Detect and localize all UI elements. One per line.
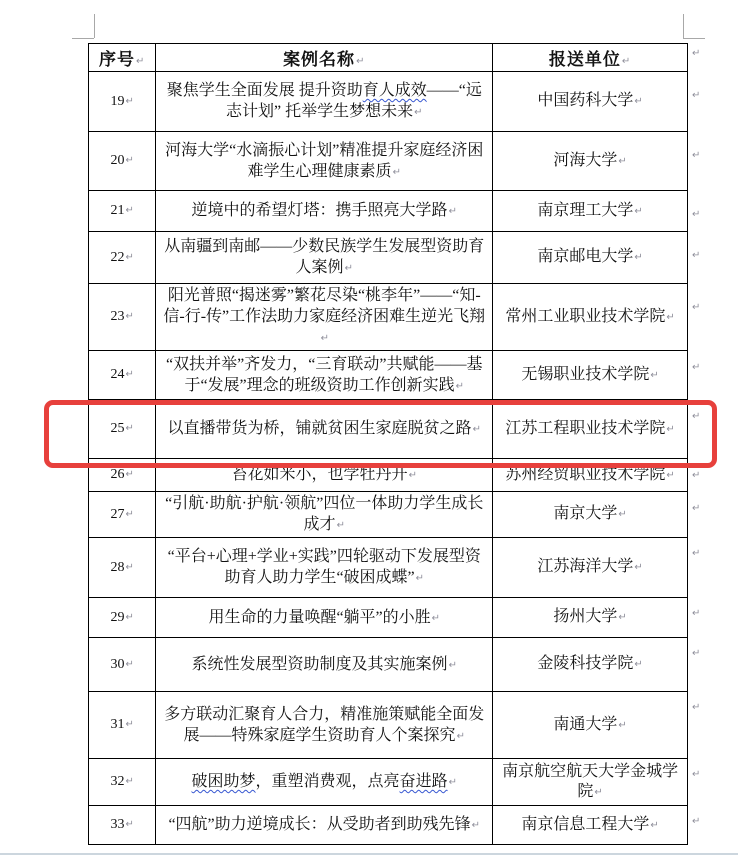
page-bottom-edge bbox=[0, 853, 738, 855]
paragraph-mark-icon: ↵ bbox=[456, 381, 464, 392]
paragraph-mark-icon: ↵ bbox=[618, 156, 626, 167]
end-of-row-mark-icon: ↵ bbox=[692, 150, 700, 161]
paragraph-mark-icon: ↵ bbox=[125, 423, 133, 434]
paragraph-mark-icon: ↵ bbox=[449, 660, 457, 671]
end-of-row-mark-icon: ↵ bbox=[692, 548, 700, 559]
case-name-cell: “引航·助航·护航·领航”四位一体助力学生成长成才↵ bbox=[156, 492, 493, 538]
unit-name: 南京邮电大学 bbox=[537, 248, 633, 265]
paragraph-mark-icon: ↵ bbox=[125, 369, 133, 380]
paragraph-mark-icon: ↵ bbox=[337, 520, 345, 531]
unit-name: 南通大学 bbox=[553, 716, 617, 733]
unit-cell: 南通大学↵ bbox=[493, 692, 688, 759]
paragraph-mark-icon: ↵ bbox=[125, 205, 133, 216]
case-name-segment: “四航”助力逆境成长：从受助者到助残先锋 bbox=[168, 816, 470, 833]
case-name-segment: 系统性发展型资助制度及其实施案例 bbox=[192, 656, 448, 673]
paragraph-mark-icon: ↵ bbox=[666, 470, 674, 481]
paragraph-mark-icon: ↵ bbox=[125, 469, 133, 480]
unit-name: 无锡职业技术学院 bbox=[521, 366, 649, 383]
table-row: 23↵阳光普照“揭迷雾”繁花尽染“桃李年”——“知-信-行-传”工作法助力家庭经… bbox=[89, 284, 688, 351]
paragraph-mark-icon: ↵ bbox=[125, 776, 133, 787]
unit-name: 河海大学 bbox=[553, 152, 617, 169]
case-name-cell: “平台+心理+学业+实践”四轮驱动下发展型资助育人助力学生“破困成蝶”↵ bbox=[156, 538, 493, 598]
unit-name: 苏州经贸职业技术学院 bbox=[505, 466, 665, 483]
seq-number: 25 bbox=[110, 421, 124, 436]
table-row: 25↵以直播带货为桥，铺就贫困生家庭脱贫之路↵江苏工程职业技术学院↵ bbox=[89, 400, 688, 459]
unit-cell: 江苏工程职业技术学院↵ bbox=[493, 400, 688, 459]
end-of-row-mark-icon: ↵ bbox=[692, 503, 700, 514]
seq-number-cell: 24↵ bbox=[89, 351, 156, 400]
end-of-row-mark-icon: ↵ bbox=[692, 648, 700, 659]
unit-name: 江苏海洋大学 bbox=[537, 558, 633, 575]
table-row: 30↵系统性发展型资助制度及其实施案例↵金陵科技学院↵ bbox=[89, 638, 688, 692]
unit-cell: 苏州经贸职业技术学院↵ bbox=[493, 459, 688, 492]
paragraph-mark-icon: ↵ bbox=[634, 96, 642, 107]
seq-number: 21 bbox=[110, 203, 124, 218]
case-name-segment-spellcheck: 育人成效 bbox=[363, 82, 427, 99]
paragraph-mark-icon: ↵ bbox=[125, 562, 133, 573]
end-of-row-mark-icon: ↵ bbox=[692, 250, 700, 261]
column-header-0: 序号↵ bbox=[89, 44, 156, 72]
paragraph-mark-icon: ↵ bbox=[618, 720, 626, 731]
header-row: 序号↵案例名称↵报送单位↵ bbox=[89, 44, 688, 72]
case-name-segment: 河海大学“水滴振心计划”精准提升家庭经济困难学生心理健康素质 bbox=[165, 142, 483, 180]
unit-name: 金陵科技学院 bbox=[537, 655, 633, 672]
seq-number: 32 bbox=[110, 774, 124, 789]
case-name-cell: 以直播带货为桥，铺就贫困生家庭脱贫之路↵ bbox=[156, 400, 493, 459]
table-header: 序号↵案例名称↵报送单位↵ bbox=[89, 44, 688, 72]
table-row: 32↵破困助梦，重塑消费观，点亮奋进路↵南京航空航天大学金城学院↵ bbox=[89, 759, 688, 806]
seq-number: 28 bbox=[110, 560, 124, 575]
paragraph-mark-icon: ↵ bbox=[449, 206, 457, 217]
paragraph-mark-icon: ↵ bbox=[473, 424, 481, 435]
table-row: 33↵“四航”助力逆境成长：从受助者到助残先锋↵南京信息工程大学↵ bbox=[89, 806, 688, 845]
seq-number-cell: 25↵ bbox=[89, 400, 156, 459]
seq-number: 24 bbox=[110, 367, 124, 382]
paragraph-mark-icon: ↵ bbox=[618, 509, 626, 520]
case-name-cell: 系统性发展型资助制度及其实施案例↵ bbox=[156, 638, 493, 692]
paragraph-mark-icon: ↵ bbox=[666, 424, 674, 435]
end-of-row-mark-icon: ↵ bbox=[692, 470, 700, 481]
case-name-cell: 逆境中的希望灯塔：携手照亮大学路↵ bbox=[156, 191, 493, 232]
paragraph-mark-icon: ↵ bbox=[432, 613, 440, 624]
column-header-1: 案例名称↵ bbox=[156, 44, 493, 72]
table-row: 20↵河海大学“水滴振心计划”精准提升家庭经济困难学生心理健康素质↵河海大学↵ bbox=[89, 132, 688, 191]
case-name-cell: 用生命的力量唤醒“躺平”的小胜↵ bbox=[156, 598, 493, 638]
seq-number-cell: 26↵ bbox=[89, 459, 156, 492]
end-of-row-mark-icon: ↵ bbox=[692, 362, 700, 373]
case-name-segment: “平台+心理+学业+实践”四轮驱动下发展型资助育人助力学生“破困成蝶” bbox=[168, 548, 481, 586]
table-row: 29↵用生命的力量唤醒“躺平”的小胜↵扬州大学↵ bbox=[89, 598, 688, 638]
end-of-row-mark-icon: ↵ bbox=[692, 411, 700, 422]
end-of-row-mark-icon: ↵ bbox=[692, 209, 700, 220]
paragraph-mark-icon: ↵ bbox=[666, 312, 674, 323]
end-of-row-mark-icon: ↵ bbox=[692, 608, 700, 619]
paragraph-mark-icon: ↵ bbox=[634, 252, 642, 263]
seq-number: 19 bbox=[110, 94, 124, 109]
paragraph-mark-icon: ↵ bbox=[457, 731, 465, 742]
case-name-segment: ，重塑消费观，点亮 bbox=[256, 773, 400, 790]
case-name-cell: 多方联动汇聚育人合力，精准施策赋能全面发展——特殊家庭学生资助育人个案探究↵ bbox=[156, 692, 493, 759]
case-name-segment: 用生命的力量唤醒“躺平”的小胜 bbox=[208, 609, 430, 626]
unit-name: 江苏工程职业技术学院 bbox=[505, 420, 665, 437]
paragraph-mark-icon: ↵ bbox=[416, 573, 424, 584]
unit-cell: 中国药科大学↵ bbox=[493, 72, 688, 132]
case-name-cell: 从南疆到南邮——少数民族学生发展型资助育人案例↵ bbox=[156, 232, 493, 284]
case-name-segment: 以直播带货为桥，铺就贫困生家庭脱贫之路 bbox=[168, 420, 472, 437]
paragraph-mark-icon: ↵ bbox=[622, 56, 631, 67]
text-boundary-corner-top-left-icon bbox=[72, 14, 95, 39]
unit-cell: 河海大学↵ bbox=[493, 132, 688, 191]
case-name-segment-spellcheck: 奋进路 bbox=[400, 773, 448, 790]
paragraph-mark-icon: ↵ bbox=[321, 333, 329, 344]
seq-number-cell: 21↵ bbox=[89, 191, 156, 232]
case-name-cell: 破困助梦，重塑消费观，点亮奋进路↵ bbox=[156, 759, 493, 806]
paragraph-mark-icon: ↵ bbox=[634, 659, 642, 670]
paragraph-mark-icon: ↵ bbox=[650, 820, 658, 831]
table-row: 27↵“引航·助航·护航·领航”四位一体助力学生成长成才↵南京大学↵ bbox=[89, 492, 688, 538]
seq-number-cell: 31↵ bbox=[89, 692, 156, 759]
paragraph-mark-icon: ↵ bbox=[125, 155, 133, 166]
column-header-label: 案例名称 bbox=[283, 50, 355, 69]
paragraph-mark-icon: ↵ bbox=[125, 96, 133, 107]
table-row: 19↵聚焦学生全面发展 提升资助育人成效——“远志计划” 托举学生梦想未来↵中国… bbox=[89, 72, 688, 132]
case-name-cell: 苔花如米小，也学牡丹开↵ bbox=[156, 459, 493, 492]
seq-number: 20 bbox=[110, 153, 124, 168]
seq-number: 23 bbox=[110, 309, 124, 324]
seq-number-cell: 22↵ bbox=[89, 232, 156, 284]
paragraph-mark-icon: ↵ bbox=[345, 263, 353, 274]
case-name-segment: 逆境中的希望灯塔：携手照亮大学路 bbox=[192, 202, 448, 219]
seq-number: 29 bbox=[110, 610, 124, 625]
unit-cell: 扬州大学↵ bbox=[493, 598, 688, 638]
seq-number-cell: 27↵ bbox=[89, 492, 156, 538]
table-row: 26↵苔花如米小，也学牡丹开↵苏州经贸职业技术学院↵ bbox=[89, 459, 688, 492]
end-of-row-mark-icon: ↵ bbox=[692, 769, 700, 780]
unit-name: 中国药科大学 bbox=[537, 92, 633, 109]
unit-name: 南京航空航天大学金城学院 bbox=[502, 763, 678, 800]
case-name-segment: 从南疆到南邮——少数民族学生发展型资助育人案例 bbox=[164, 238, 484, 276]
paragraph-mark-icon: ↵ bbox=[125, 659, 133, 670]
end-of-row-mark-icon: ↵ bbox=[692, 702, 700, 713]
case-name-segment-spellcheck: 破困助梦 bbox=[192, 773, 256, 790]
case-name-segment: 苔花如米小，也学牡丹开 bbox=[232, 466, 408, 483]
seq-number: 22 bbox=[110, 250, 124, 265]
paragraph-mark-icon: ↵ bbox=[634, 206, 642, 217]
end-of-row-mark-icon: ↵ bbox=[692, 90, 700, 101]
seq-number-cell: 33↵ bbox=[89, 806, 156, 845]
unit-cell: 南京航空航天大学金城学院↵ bbox=[493, 759, 688, 806]
paragraph-mark-icon: ↵ bbox=[409, 470, 417, 481]
seq-number: 26 bbox=[110, 467, 124, 482]
seq-number-cell: 23↵ bbox=[89, 284, 156, 351]
paragraph-mark-icon: ↵ bbox=[125, 819, 133, 830]
paragraph-mark-icon: ↵ bbox=[594, 787, 602, 798]
paragraph-mark-icon: ↵ bbox=[125, 252, 133, 263]
paragraph-mark-icon: ↵ bbox=[125, 509, 133, 520]
seq-number-cell: 28↵ bbox=[89, 538, 156, 598]
seq-number: 27 bbox=[110, 507, 124, 522]
unit-cell: 南京邮电大学↵ bbox=[493, 232, 688, 284]
paragraph-mark-icon: ↵ bbox=[356, 56, 365, 67]
seq-number-cell: 29↵ bbox=[89, 598, 156, 638]
column-header-2: 报送单位↵ bbox=[493, 44, 688, 72]
case-name-cell: 聚焦学生全面发展 提升资助育人成效——“远志计划” 托举学生梦想未来↵ bbox=[156, 72, 493, 132]
unit-cell: 南京信息工程大学↵ bbox=[493, 806, 688, 845]
table-row: 31↵多方联动汇聚育人合力，精准施策赋能全面发展——特殊家庭学生资助育人个案探究… bbox=[89, 692, 688, 759]
paragraph-mark-icon: ↵ bbox=[634, 562, 642, 573]
paragraph-mark-icon: ↵ bbox=[618, 612, 626, 623]
unit-cell: 无锡职业技术学院↵ bbox=[493, 351, 688, 400]
unit-cell: 金陵科技学院↵ bbox=[493, 638, 688, 692]
table-row: 21↵逆境中的希望灯塔：携手照亮大学路↵南京理工大学↵ bbox=[89, 191, 688, 232]
case-name-segment: 阳光普照“揭迷雾”繁花尽染“桃李年”——“知-信-行-传”工作法助力家庭经济困难… bbox=[163, 287, 485, 325]
column-header-label: 报送单位 bbox=[549, 50, 621, 69]
seq-number-cell: 30↵ bbox=[89, 638, 156, 692]
case-name-segment: “引航·助航·护航·领航”四位一体助力学生成长成才 bbox=[165, 495, 483, 533]
table-row: 24↵“双扶并举”齐发力，“三育联动”共赋能——基于“发展”理念的班级资助工作创… bbox=[89, 351, 688, 400]
table-row: 22↵从南疆到南邮——少数民族学生发展型资助育人案例↵南京邮电大学↵ bbox=[89, 232, 688, 284]
case-name-cell: 阳光普照“揭迷雾”繁花尽染“桃李年”——“知-信-行-传”工作法助力家庭经济困难… bbox=[156, 284, 493, 351]
seq-number-cell: 32↵ bbox=[89, 759, 156, 806]
unit-name: 南京信息工程大学 bbox=[521, 816, 649, 833]
column-header-label: 序号 bbox=[99, 50, 135, 69]
end-of-row-mark-icon: ↵ bbox=[692, 816, 700, 827]
table-row: 28↵“平台+心理+学业+实践”四轮驱动下发展型资助育人助力学生“破困成蝶”↵江… bbox=[89, 538, 688, 598]
paragraph-mark-icon: ↵ bbox=[125, 311, 133, 322]
seq-number-cell: 19↵ bbox=[89, 72, 156, 132]
unit-name: 常州工业职业技术学院 bbox=[505, 308, 665, 325]
case-name-cell: “双扶并举”齐发力，“三育联动”共赋能——基于“发展”理念的班级资助工作创新实践… bbox=[156, 351, 493, 400]
case-name-segment: 多方联动汇聚育人合力，精准施策赋能全面发展——特殊家庭学生资助育人个案探究 bbox=[164, 706, 484, 744]
case-name-segment: 聚焦学生全面发展 提升资助 bbox=[167, 82, 363, 99]
end-of-row-mark-icon: ↵ bbox=[692, 48, 700, 59]
unit-cell: 南京理工大学↵ bbox=[493, 191, 688, 232]
unit-cell: 南京大学↵ bbox=[493, 492, 688, 538]
unit-cell: 江苏海洋大学↵ bbox=[493, 538, 688, 598]
paragraph-mark-icon: ↵ bbox=[125, 719, 133, 730]
paragraph-mark-icon: ↵ bbox=[136, 56, 145, 67]
unit-name: 扬州大学 bbox=[553, 608, 617, 625]
unit-cell: 常州工业职业技术学院↵ bbox=[493, 284, 688, 351]
table-body: 19↵聚焦学生全面发展 提升资助育人成效——“远志计划” 托举学生梦想未来↵中国… bbox=[89, 72, 688, 845]
paragraph-mark-icon: ↵ bbox=[650, 370, 658, 381]
seq-number-cell: 20↵ bbox=[89, 132, 156, 191]
seq-number: 33 bbox=[110, 817, 124, 832]
text-boundary-corner-top-right-icon bbox=[683, 14, 708, 39]
case-name-cell: 河海大学“水滴振心计划”精准提升家庭经济困难学生心理健康素质↵ bbox=[156, 132, 493, 191]
unit-name: 南京理工大学 bbox=[537, 202, 633, 219]
unit-name: 南京大学 bbox=[553, 505, 617, 522]
paragraph-mark-icon: ↵ bbox=[414, 107, 422, 118]
seq-number: 31 bbox=[110, 717, 124, 732]
case-name-cell: “四航”助力逆境成长：从受助者到助残先锋↵ bbox=[156, 806, 493, 845]
paragraph-mark-icon: ↵ bbox=[393, 167, 401, 178]
paragraph-mark-icon: ↵ bbox=[125, 612, 133, 623]
paragraph-mark-icon: ↵ bbox=[472, 820, 480, 831]
case-name-segment: “双扶并举”齐发力，“三育联动”共赋能——基于“发展”理念的班级资助工作创新实践 bbox=[166, 356, 482, 394]
paragraph-mark-icon: ↵ bbox=[449, 777, 457, 788]
seq-number: 30 bbox=[110, 657, 124, 672]
results-table: 序号↵案例名称↵报送单位↵ 19↵聚焦学生全面发展 提升资助育人成效——“远志计… bbox=[88, 43, 688, 845]
end-of-row-mark-icon: ↵ bbox=[692, 302, 700, 313]
